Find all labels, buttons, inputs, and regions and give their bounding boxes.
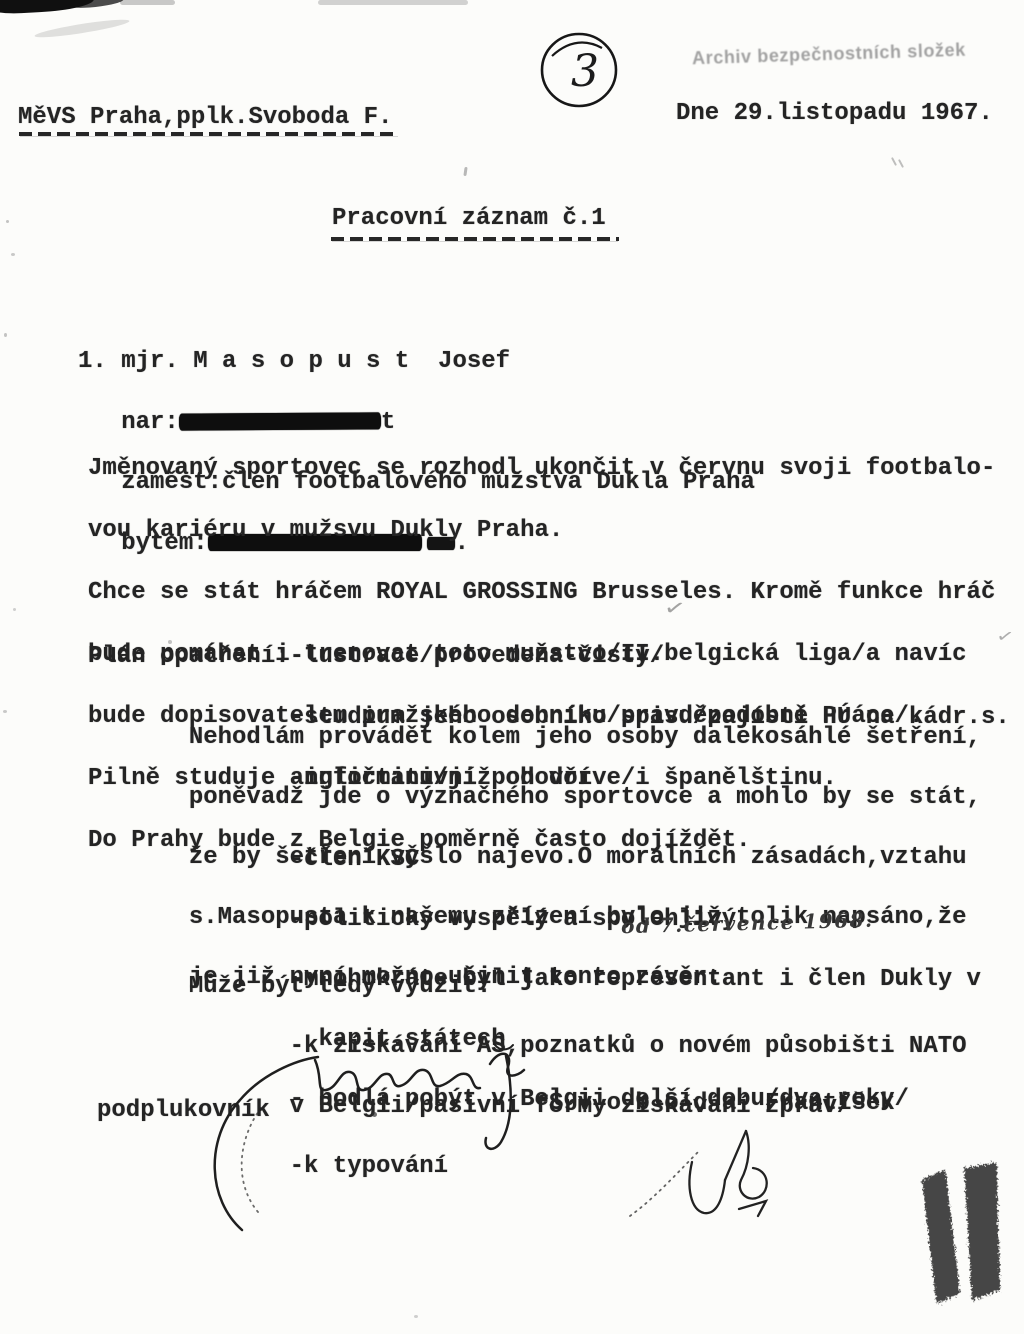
ink-stamp-mark (907, 1155, 1008, 1314)
scan-speck (13, 608, 16, 611)
body-line: poněvadž jde o význačného sportovce a mo… (88, 786, 981, 810)
initials-scribble (600, 1110, 800, 1250)
scan-speck (4, 333, 7, 337)
date-line: Dne 29.listopadu 1967. (676, 101, 993, 126)
pencil-checkmark-icon: ✓ (995, 626, 1016, 649)
scan-speck (6, 220, 9, 223)
signature-scribble (200, 1040, 560, 1260)
corner-ink-smudge (34, 17, 130, 41)
body-line: Plán opatření:-lustrace/provedena-čistý/ (88, 644, 1010, 669)
page-number: 3 (571, 46, 599, 97)
scan-speck (463, 167, 467, 176)
scan-speck (3, 710, 7, 713)
body-line: Jměnovaný sportovec se rozhodl ukončit v… (88, 456, 995, 482)
subject-name-line: 1. mjr. M a s o p u s t Josef (78, 350, 755, 375)
pencil-checkmark-icon: ✓ (662, 594, 687, 621)
title-underline (331, 237, 619, 241)
body-line: Může být tedy využit: (88, 975, 967, 999)
unit-header: MěVS Praha,pplk.Svoboda F. (18, 105, 392, 130)
archive-stamp: Archiv bezpečnostních složek (692, 40, 966, 70)
corner-ink-smudge (66, 0, 125, 10)
body-line: -člen KSČ (88, 848, 981, 872)
unit-header-underline (19, 132, 399, 136)
scan-speck (168, 640, 172, 644)
body-line: Chce se stát hráčem ROYAL GROSSING Bruss… (88, 580, 995, 606)
document-title: Pracovní záznam č.1 (332, 206, 606, 231)
scanned-document-page: Archiv bezpečnostních složek 3 MěVS Prah… (0, 0, 1024, 1334)
scan-speck (372, 1112, 377, 1117)
scan-speck (898, 159, 904, 168)
body-line: vou kariéru v mužsvu Dukly Praha. (88, 518, 995, 544)
scan-speck (414, 1315, 418, 1318)
scan-speck (318, 0, 468, 5)
scan-speck (120, 0, 175, 5)
scan-speck (891, 157, 897, 166)
scan-speck (11, 253, 15, 256)
page-number-circle: 3 (536, 26, 626, 114)
body-line: Nehodlám provádět kolem jeho osoby dalek… (88, 726, 981, 750)
